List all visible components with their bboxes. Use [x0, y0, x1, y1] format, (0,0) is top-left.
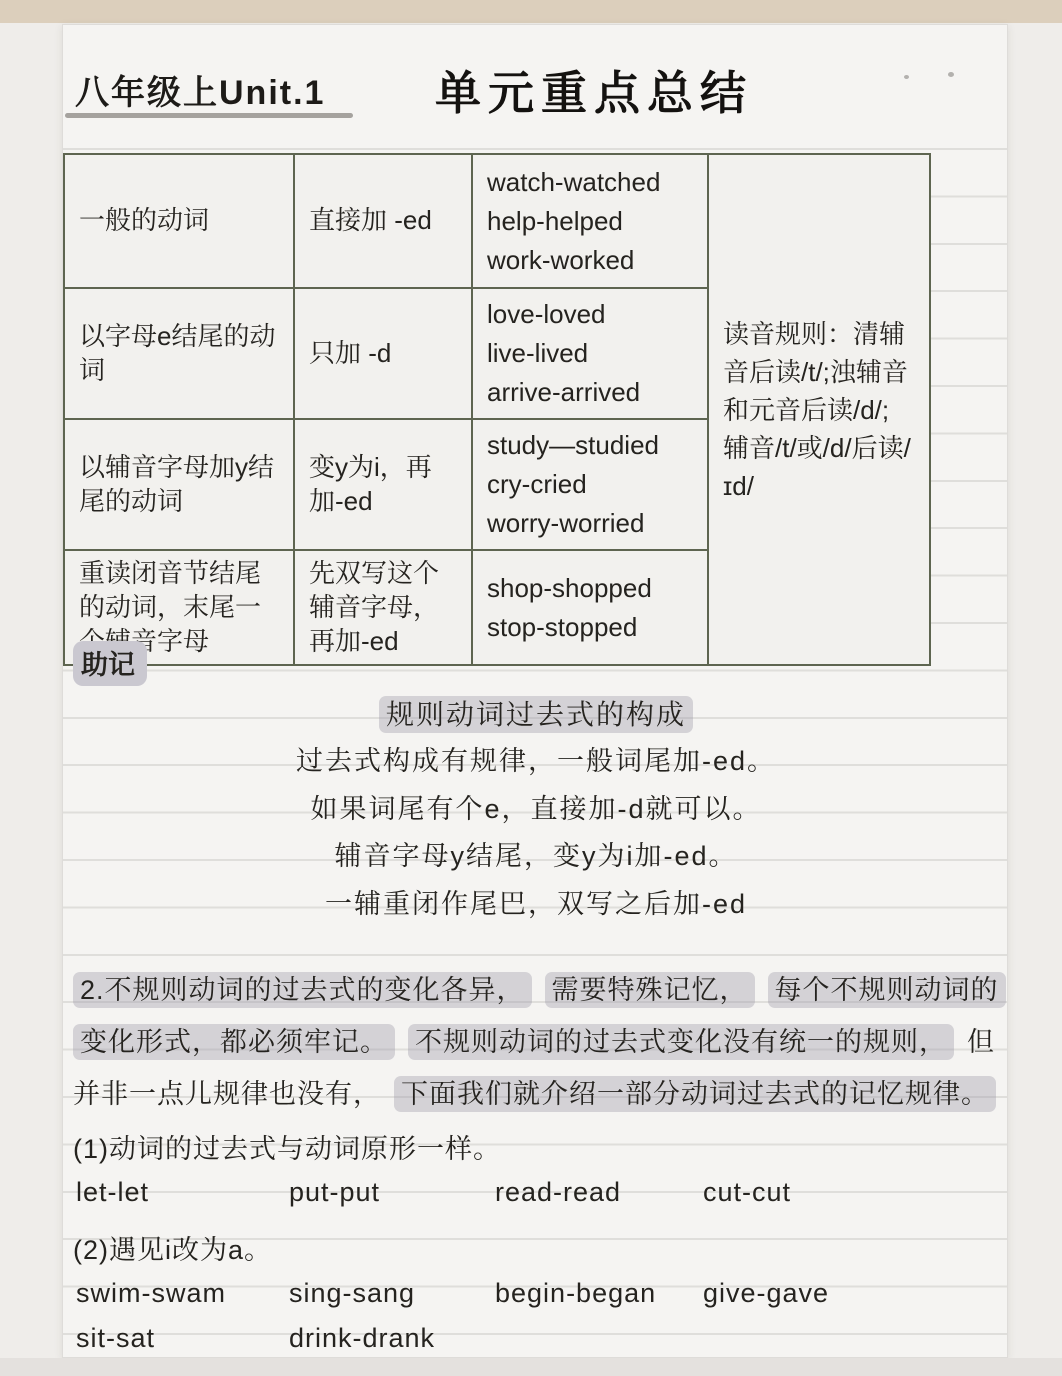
example: stop-stopped: [487, 608, 697, 647]
verb-pair: swim-swam: [76, 1278, 226, 1309]
mnemonic-label-text: 助记: [73, 641, 147, 686]
paragraph-segment: 需要特殊记忆，: [545, 972, 755, 1008]
cell-rule-type: 以字母e结尾的动词: [64, 288, 294, 419]
rule1-label: (1)动词的过去式与动词原形一样。: [73, 1127, 501, 1166]
cell-method: 变y为i，再加-ed: [294, 419, 472, 550]
example: cry-cried: [487, 465, 697, 504]
example: live-lived: [487, 334, 697, 373]
verb-rules-table: 一般的动词 直接加 -ed watch-watched help-helped …: [63, 153, 931, 666]
verb-pair: let-let: [76, 1177, 149, 1208]
example: help-helped: [487, 202, 697, 241]
example: arrive-arrived: [487, 373, 697, 412]
example: study—studied: [487, 426, 697, 465]
mnemonic-line: 辅音字母y结尾，变y为i加-ed。: [63, 833, 1009, 880]
paragraph-segment: 不规则动词的过去式变化没有统一的规则，: [408, 1024, 954, 1060]
verb-pair: give-gave: [703, 1278, 829, 1309]
table-row: 一般的动词 直接加 -ed watch-watched help-helped …: [64, 154, 930, 288]
notes-page: 八年级上Unit.1 单元重点总结 一般的动词 直接加 -ed watch-wa…: [0, 0, 1062, 1376]
subtitle-underline: [65, 113, 353, 118]
cell-method: 只加 -d: [294, 288, 472, 419]
rule2-label: (2)遇见i改为a。: [73, 1228, 272, 1267]
mnemonic-block: 规则动词过去式的构成 过去式构成有规律，一般词尾加-ed。 如果词尾有个e，直接…: [63, 691, 1009, 928]
example: worry-worried: [487, 504, 697, 543]
mnemonic-line: 如果词尾有个e，直接加-d就可以。: [63, 786, 1009, 833]
page-subtitle: 八年级上Unit.1: [75, 65, 325, 114]
paper-sheet: 八年级上Unit.1 单元重点总结 一般的动词 直接加 -ed watch-wa…: [62, 24, 1008, 1358]
verb-pair: cut-cut: [703, 1177, 791, 1208]
top-bar: [0, 0, 1062, 23]
verb-pair: drink-drank: [289, 1323, 435, 1354]
page-title-text: 单元重点总结: [435, 67, 753, 119]
mnemonic-line: 一辅重闭作尾巴，双写之后加-ed: [63, 881, 1009, 928]
page-title: 单元重点总结: [435, 57, 753, 123]
mnemonic-heading: 规则动词过去式的构成: [63, 691, 1009, 738]
example: shop-shopped: [487, 569, 697, 608]
mnemonic-line: 过去式构成有规律，一般词尾加-ed。: [63, 738, 1009, 785]
paragraph-segment: 2.不规则动词的过去式的变化各异，: [73, 972, 532, 1008]
verb-pair: sing-sang: [289, 1278, 415, 1309]
paragraph-segment: 下面我们就介绍一部分动词过去式的记忆规律。: [394, 1076, 996, 1112]
mark-dot: [904, 75, 909, 79]
cell-pronunciation-note: 读音规则：清辅音后读/t/;浊辅音和元音后读/d/; 辅音/t/或/d/后读/ɪ…: [708, 154, 930, 665]
verb-pair: read-read: [495, 1177, 621, 1208]
cell-examples: study—studied cry-cried worry-worried: [472, 419, 708, 550]
example: love-loved: [487, 295, 697, 334]
mnemonic-label: 助记: [73, 641, 147, 686]
cell-rule-type: 以辅音字母加y结尾的动词: [64, 419, 294, 550]
page-bottom-edge: [0, 1358, 1062, 1376]
verb-pair: begin-began: [495, 1278, 656, 1309]
cell-rule-type: 一般的动词: [64, 154, 294, 288]
verb-pair: put-put: [289, 1177, 380, 1208]
verb-pair-row: swim-swam sing-sang begin-began give-gav…: [76, 1278, 996, 1320]
cell-examples: watch-watched help-helped work-worked: [472, 154, 708, 288]
irregular-verbs-paragraph: 2.不规则动词的过去式的变化各异，需要特殊记忆，每个不规则动词的变化形式，都必须…: [73, 964, 999, 1120]
cell-method: 直接加 -ed: [294, 154, 472, 288]
cell-examples: love-loved live-lived arrive-arrived: [472, 288, 708, 419]
mark-dot: [948, 72, 954, 77]
verb-pair: sit-sat: [76, 1323, 155, 1354]
cell-method: 先双写这个辅音字母，再加-ed: [294, 550, 472, 665]
verb-pair-row: let-let put-put read-read cut-cut: [76, 1177, 996, 1219]
example: work-worked: [487, 241, 697, 280]
example: watch-watched: [487, 163, 697, 202]
cell-examples: shop-shopped stop-stopped: [472, 550, 708, 665]
